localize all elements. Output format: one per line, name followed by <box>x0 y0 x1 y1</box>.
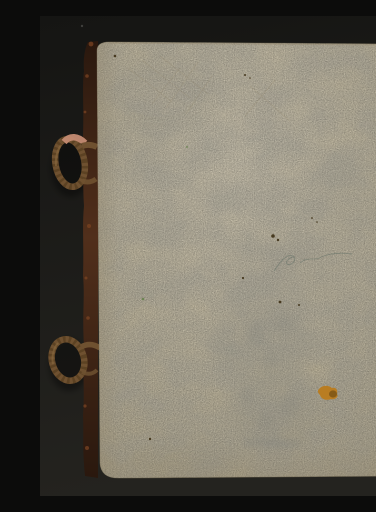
smudge-spot <box>277 318 293 334</box>
fore-edge-shade <box>368 45 376 475</box>
ink-speck <box>244 74 246 76</box>
blank-parchment-page <box>95 37 376 480</box>
smudge <box>145 442 235 470</box>
stain-dark-lobe <box>329 390 337 397</box>
ink-speck <box>277 239 279 241</box>
ink-speck <box>114 55 117 58</box>
ink-speck <box>242 277 244 279</box>
rust-fleck <box>83 404 86 407</box>
upper-loop-attachment <box>82 145 97 147</box>
page-texture <box>95 37 376 480</box>
rust-fleck <box>85 74 89 78</box>
smudge-spot <box>280 396 300 416</box>
ink-speck <box>279 301 282 304</box>
manuscript-photograph <box>40 16 376 496</box>
smudge <box>220 226 330 316</box>
rust-fleck <box>85 446 89 450</box>
offset-ghost-smudge <box>212 304 312 384</box>
green-speck <box>142 298 145 301</box>
rust-fleck <box>89 42 94 47</box>
leather-binding-edge <box>83 41 98 478</box>
offset-ghost-smudge <box>230 373 320 449</box>
smudge-streak <box>243 439 301 447</box>
upper-loop-attachment-lower <box>82 179 96 182</box>
smudge <box>305 151 375 241</box>
book-photo-canvas <box>40 16 376 496</box>
rust-fleck <box>84 111 87 114</box>
ink-speck <box>298 304 300 306</box>
rust-fleck <box>86 316 90 320</box>
smudge <box>108 64 208 132</box>
smudge-spot <box>257 413 273 429</box>
ink-speck <box>271 234 275 238</box>
smudge-spot <box>240 389 254 403</box>
binding-strip <box>83 41 98 478</box>
ink-speck <box>316 221 318 223</box>
green-speck <box>186 146 188 148</box>
bottom-edge-shadow <box>97 444 376 478</box>
rust-fleck <box>87 224 91 228</box>
smudge-spot <box>261 352 279 370</box>
ink-speck <box>249 77 251 79</box>
smudge <box>100 121 170 181</box>
rust-fleck <box>85 277 88 280</box>
background-speck <box>81 25 83 27</box>
ink-speck <box>311 217 313 219</box>
ink-speck <box>149 438 151 440</box>
smudge-spot <box>245 324 265 344</box>
